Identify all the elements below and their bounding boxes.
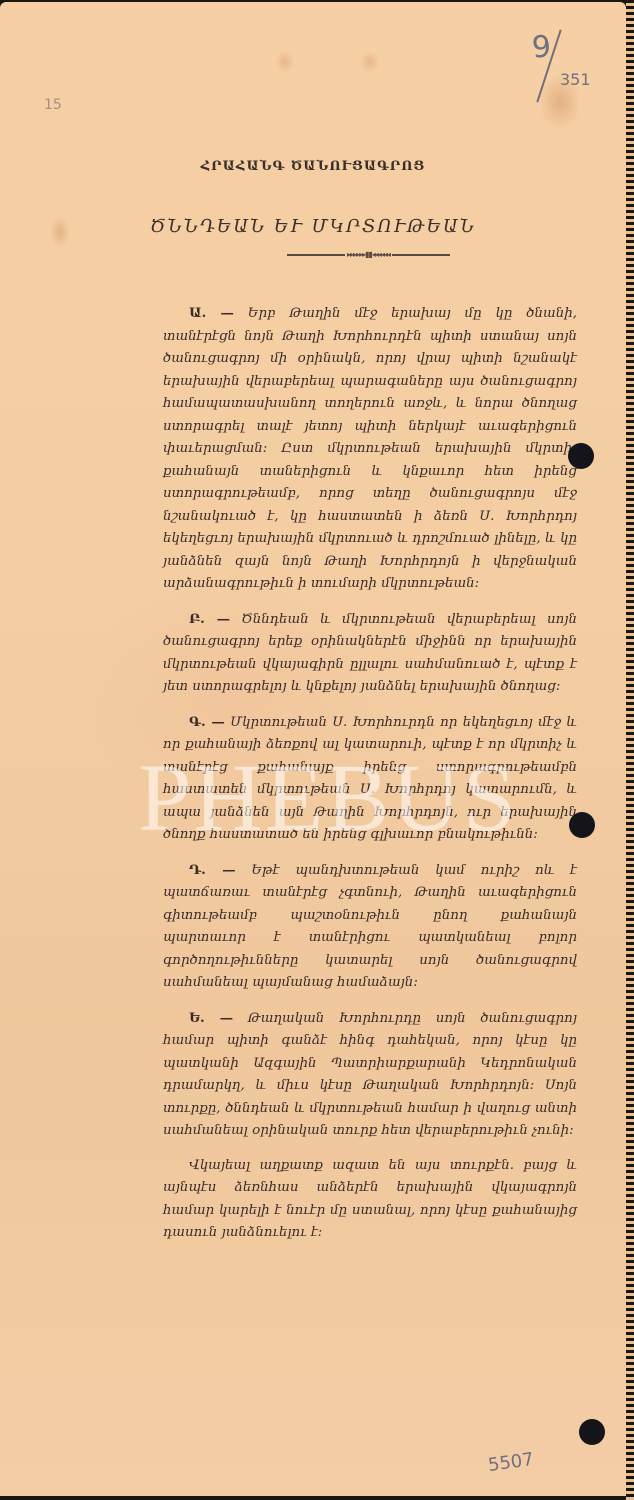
paragraph-b: Բ. — Ծննդեան և մկրտութեան վերաբերեալ սոյ… [163, 608, 577, 699]
document-heading: ՀՐԱՀԱՆԳ ԾԱՆՈՒՑԱԳՐՈՑ [0, 159, 626, 174]
punch-hole-icon [569, 812, 595, 838]
paragraph-g: Գ. — Մկրտութեան Ս. Խորհուրդն որ եկեղեցւո… [163, 711, 577, 847]
paragraph-text: Թաղական Խորհուրդը սոյն ծանուցագրոյ համար… [163, 1011, 577, 1139]
perforated-edge [626, 0, 634, 1500]
paragraph-label: Գ. — [189, 714, 225, 730]
paragraph-closing: Վկայեալ աղքատք ազատ են այս տուրքէն. բայց… [163, 1155, 577, 1245]
paragraph-d: Դ. — Եթէ պանդխտութեան կամ ուրիշ ոև է պատ… [163, 859, 577, 995]
paragraph-label: Բ. — [189, 611, 230, 627]
paragraph-e: Ե. — Թաղական Խորհուրդը սոյն ծանուցագրոյ … [163, 1007, 577, 1143]
paragraph-text: Վկայեալ աղքատք ազատ են այս տուրքէն. բայց… [163, 1158, 577, 1241]
pencil-inventory-number: 5507 [487, 1449, 535, 1476]
paragraph-label: Ե. — [189, 1010, 233, 1026]
paragraph-text: Եթէ պանդխտութեան կամ ուրիշ ոև է պատճառաւ… [163, 863, 577, 991]
punch-hole-icon [568, 443, 594, 469]
paragraph-label: Դ. — [189, 862, 235, 878]
paragraph-text: Մկրտութեան Ս. Խորհուրդն որ եկեղեցւոյ մէջ… [163, 715, 577, 843]
divider-ornament-icon: ▸▸▸▸▸▸▮▮◂◂◂◂◂◂ [345, 252, 392, 258]
divider-rule-left [287, 254, 345, 256]
pencil-mark: 15 [44, 97, 62, 113]
divider-rule-right [392, 254, 450, 256]
document-title: ԾՆՆԴԵԱՆ ԵՒ ՄԿՐՏՈՒԹԵԱՆ [0, 216, 626, 237]
ornamental-divider: ▸▸▸▸▸▸▮▮◂◂◂◂◂◂ [287, 252, 450, 258]
paragraph-a: Ա. — Երբ Թաղին մէջ երախայ մը կը ծնանի, տ… [163, 302, 577, 596]
paragraph-label: Ա. — [189, 305, 234, 321]
handwritten-folio-sub: 351 [560, 70, 591, 89]
paragraph-text: Երբ Թաղին մէջ երախայ մը կը ծնանի, տանէրէ… [163, 306, 577, 591]
document-page: 9 351 15 ՀՐԱՀԱՆԳ ԾԱՆՈՒՑԱԳՐՈՑ ԾՆՆԴԵԱՆ ԵՒ … [0, 2, 626, 1496]
document-body: Ա. — Երբ Թաղին մէջ երախայ մը կը ծնանի, տ… [163, 302, 577, 1257]
punch-hole-icon [579, 1419, 605, 1445]
